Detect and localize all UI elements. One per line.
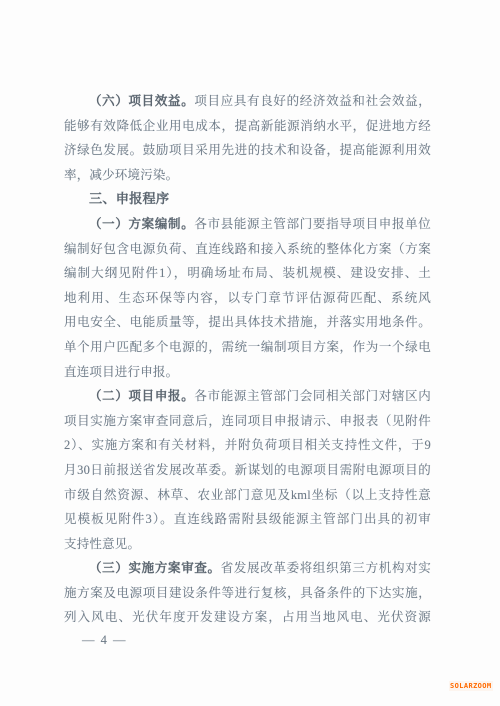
document-page: （六）项目效益。项目应具有良好的经济效益和社会效益， 能够有效降低企业用电成本，…	[0, 0, 500, 706]
text-line: 项目实施方案审查同意后，连同项目申报请示、申报表（见附件	[64, 409, 431, 434]
text-line: 单个用户匹配多个电源的，需统一编制项目方案，作为一个绿电	[64, 335, 431, 360]
section-heading: 三、申报程序	[64, 187, 431, 212]
text-line-content: 直连项目进行申报。	[64, 365, 178, 379]
text-line: 施方案及电源项目建设条件等进行复核，具备条件的下达实施，	[64, 581, 431, 606]
text-line: （二）项目申报。各市能源主管部门会同相关部门对辖区内	[64, 384, 431, 409]
text-line-content: 支持性意见。	[64, 537, 140, 551]
text-line: 2）、实施方案和有关材料，并附负荷项目相关支持性文件，于9	[64, 433, 431, 458]
text-line-content: 2）、实施方案和有关材料，并附负荷项目相关支持性文件，于9	[64, 438, 431, 452]
text-line: （六）项目效益。项目应具有良好的经济效益和社会效益，	[64, 89, 431, 114]
text-line: （一）方案编制。各市县能源主管部门要指导项目申报单位	[64, 212, 431, 237]
text-line: 地利用、生态环保等内容，以专门章节评估源荷匹配、系统风险、	[64, 286, 431, 311]
text-line: 编制好包含电源负荷、直连线路和接入系统的整体化方案（方案	[64, 237, 431, 262]
text-line: 支持性意见。	[64, 532, 431, 557]
text-line-content: 省发展改革委将组织第三方机构对实	[221, 561, 431, 575]
text-line-content: 列入风电、光伏年度开发建设方案，占用当地风电、光伏资源量，	[64, 610, 431, 630]
text-line: 率，减少环境污染。	[64, 163, 431, 188]
text-line: 济绿色发展。鼓励项目采用先进的技术和设备，提高能源利用效	[64, 138, 431, 163]
paragraph-lead-label: （三）实施方案审查。	[89, 561, 221, 575]
paragraph-lead-label: （二）项目申报。	[89, 389, 194, 403]
text-line: 编制大纲见附件1），明确场址布局、装机规模、建设安排、土	[64, 261, 431, 286]
text-line-content: 编制大纲见附件1），明确场址布局、装机规模、建设安排、土	[64, 266, 431, 280]
text-line-content: 编制好包含电源负荷、直连线路和接入系统的整体化方案（方案	[64, 242, 431, 256]
text-line-content: 单个用户匹配多个电源的，需统一编制项目方案，作为一个绿电	[64, 340, 431, 354]
text-line: 市级自然资源、林草、农业部门意见及kml坐标（以上支持性意	[64, 483, 431, 508]
text-line: 直连项目进行申报。	[64, 360, 431, 385]
text-line-content: 用电安全、电能质量等，提出具体技术措施，并落实用地条件。	[64, 315, 431, 329]
text-line: 列入风电、光伏年度开发建设方案，占用当地风电、光伏资源量，	[64, 605, 431, 630]
text-line: 用电安全、电能质量等，提出具体技术措施，并落实用地条件。	[64, 310, 431, 335]
text-line-content: 施方案及电源项目建设条件等进行复核，具备条件的下达实施，	[64, 586, 431, 600]
text-line-content: 率，减少环境污染。	[64, 168, 178, 182]
text-line-content: 见模板见附件3）。直连线路需附县级能源主管部门出具的初审	[64, 512, 431, 526]
text-line: 月30日前报送省发展改革委。新谋划的电源项目需附电源项目的	[64, 458, 431, 483]
text-line-content: 各市能源主管部门会同相关部门对辖区内	[194, 389, 431, 403]
text-line-content: 市级自然资源、林草、农业部门意见及kml坐标（以上支持性意	[64, 488, 431, 502]
page-number: — 4 —	[82, 633, 127, 648]
text-line-content: 项目实施方案审查同意后，连同项目申报请示、申报表（见附件	[64, 414, 431, 428]
text-line-content: 月30日前报送省发展改革委。新谋划的电源项目需附电源项目的	[64, 463, 431, 477]
section-heading-label: 三、申报程序	[89, 191, 169, 206]
paragraph-lead-label: （一）方案编制。	[89, 217, 194, 231]
paragraph-lead-label: （六）项目效益。	[89, 94, 194, 108]
text-line-content: 能够有效降低企业用电成本，提高新能源消纳水平，促进地方经	[64, 119, 431, 133]
document-text-block: （六）项目效益。项目应具有良好的经济效益和社会效益， 能够有效降低企业用电成本，…	[64, 89, 431, 630]
text-line-content: 项目应具有良好的经济效益和社会效益，	[194, 94, 431, 108]
text-line-content: 各市县能源主管部门要指导项目申报单位	[194, 217, 431, 231]
text-line: （三）实施方案审查。省发展改革委将组织第三方机构对实	[64, 556, 431, 581]
watermark-solarzoom: SOLARZOOM	[449, 681, 493, 691]
text-line-content: 济绿色发展。鼓励项目采用先进的技术和设备，提高能源利用效	[64, 143, 431, 157]
text-line-content: 地利用、生态环保等内容，以专门章节评估源荷匹配、系统风险、	[64, 291, 431, 311]
text-line: 见模板见附件3）。直连线路需附县级能源主管部门出具的初审	[64, 507, 431, 532]
text-line: 能够有效降低企业用电成本，提高新能源消纳水平，促进地方经	[64, 114, 431, 139]
